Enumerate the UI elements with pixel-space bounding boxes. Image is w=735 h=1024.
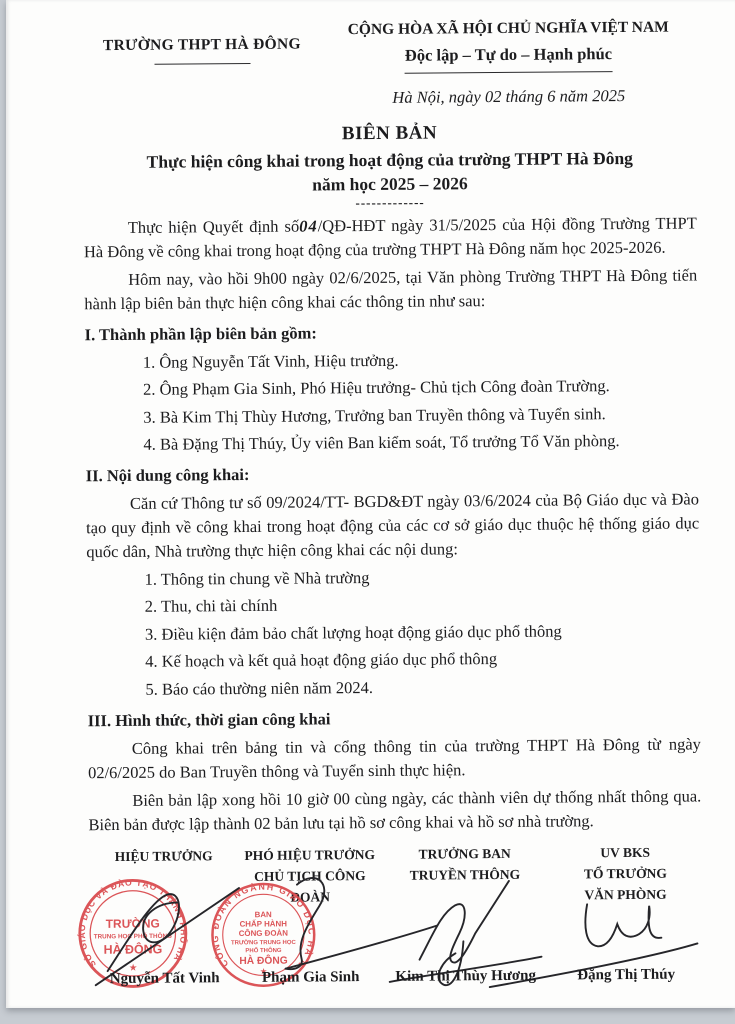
section1-item-1: 1. Ông Nguyễn Tất Vinh, Hiệu trưởng. (143, 346, 698, 374)
signature-area: HIỆU TRƯỞNG PHÓ HIỆU TRƯỞNG CHỦ TỊCH CÔN… (89, 841, 703, 1008)
section2-item-3: 3. Điều kiện đảm bảo chất lượng hoạt độn… (145, 618, 700, 646)
role-line: TRUYỀN THÔNG (381, 863, 549, 885)
document-page: TRƯỜNG THPT HÀ ĐÔNG CỘNG HÒA XÃ HỘI CHỦ … (6, 0, 735, 1008)
signer-name: Nguyễn Tất Vinh (90, 966, 240, 991)
section1-item-4: 4. Bà Đặng Thị Thúy, Ủy viên Ban kiểm so… (143, 428, 698, 456)
school-underline (154, 63, 250, 65)
document-subject: Thực hiện công khai trong hoạt động của … (83, 145, 696, 174)
document-type: BIÊN BẢN (83, 119, 696, 148)
role-line: PHÓ HIỆU TRƯỞNG (239, 843, 381, 865)
national-title: CỘNG HÒA XÃ HỘI CHỦ NGHĨA VIỆT NAM (321, 15, 695, 42)
photo-background: TRƯỜNG THPT HÀ ĐÔNG CỘNG HÒA XÃ HỘI CHỦ … (0, 0, 735, 1024)
intro-paragraph-1: Thực hiện Quyết định số04/QĐ-HĐT ngày 31… (84, 211, 697, 264)
section2-item-5: 5. Báo cáo thường niên năm 2024. (145, 673, 700, 701)
signer-name: Kim Thị Thùy Hương (382, 963, 550, 988)
stamp-center-line: CÔNG ĐOÀN (239, 928, 289, 937)
stamp-center-line: HÀ ĐÔNG (104, 941, 163, 956)
section3-heading: III. Hình thức, thời gian công khai (88, 704, 701, 733)
stamp-center-line: TRƯỜNG (106, 915, 160, 930)
stamp-center-line: CHẤP HÀNH (240, 918, 288, 928)
document-header: TRƯỜNG THPT HÀ ĐÔNG CỘNG HÒA XÃ HỘI CHỦ … (82, 15, 696, 112)
place-date: Hà Nội, ngày 02 tháng 6 năm 2025 (322, 83, 696, 110)
section2-item-2: 2. Thu, chi tài chính (145, 590, 700, 618)
intro-p1-text: Thực hiện Quyết định số (128, 217, 300, 237)
section1-item-3: 3. Bà Kim Thị Thùy Hương, Trưởng ban Tru… (143, 401, 698, 429)
role-office-head: UV BKS TỔ TRƯỞNG VĂN PHÒNG (549, 841, 702, 905)
document-content: TRƯỜNG THPT HÀ ĐÔNG CỘNG HÒA XÃ HỘI CHỦ … (6, 0, 735, 1008)
role-line: VĂN PHÒNG (549, 883, 702, 905)
stamp-center-line: PHỔ THÔNG (245, 945, 282, 953)
role-line: HIỆU TRƯỞNG (89, 845, 239, 867)
signer-name: Đặng Thị Thúy (550, 962, 703, 987)
title-block: BIÊN BẢN Thực hiện công khai trong hoạt … (83, 119, 697, 212)
section2-item-4: 4. Kế hoạch và kết quả hoạt động giáo dụ… (145, 645, 700, 673)
stamp-center-line: TRƯỜNG TRUNG HỌC (231, 937, 297, 946)
intro-paragraph-2: Hôm nay, vào hồi 9h00 ngày 02/6/2025, tạ… (84, 263, 697, 316)
role-line: TRƯỞNG BAN (381, 842, 549, 864)
motto-underline (405, 71, 613, 74)
section2-item-1: 1. Thông tin chung về Nhà trường (144, 563, 699, 591)
handwritten-number: 04 (299, 216, 318, 235)
header-school-block: TRƯỜNG THPT HÀ ĐÔNG (82, 18, 322, 112)
role-media-head: TRƯỞNG BAN TRUYỀN THÔNG (381, 842, 549, 906)
school-name: TRƯỜNG THPT HÀ ĐÔNG (82, 32, 321, 58)
stamp-center-line: TRUNG HỌC PHỔ THÔNG (94, 930, 172, 940)
section3-paragraph-1: Công khai trên bảng tin và cổng thông ti… (88, 732, 701, 785)
section1-heading: I. Thành phần lập biên bản gồm: (85, 318, 698, 347)
section2-heading: II. Nội dung công khai: (86, 459, 699, 488)
stamp-center-line: BAN (255, 910, 273, 919)
role-line: UV BKS (549, 841, 702, 863)
role-line: TỔ TRƯỞNG (549, 862, 702, 884)
section1-item-2: 2. Ông Phạm Gia Sinh, Phó Hiệu trưởng- C… (143, 373, 698, 401)
section2-paragraph: Căn cứ Thông tư số 09/2024/TT- BGD&ĐT ng… (86, 487, 700, 564)
section3-paragraph-2: Biên bản lập xong hồi 10 giờ 00 cùng ngà… (88, 784, 701, 837)
signer-name: Phạm Gia Sinh (240, 964, 382, 989)
signature-office-head (585, 903, 661, 946)
national-motto: Độc lập – Tự do – Hạnh phúc (321, 41, 695, 68)
header-national-block: CỘNG HÒA XÃ HỘI CHỦ NGHĨA VIỆT NAM Độc l… (321, 15, 696, 110)
signature-names-row: Nguyễn Tất Vinh Phạm Gia Sinh Kim Thị Th… (90, 962, 703, 991)
